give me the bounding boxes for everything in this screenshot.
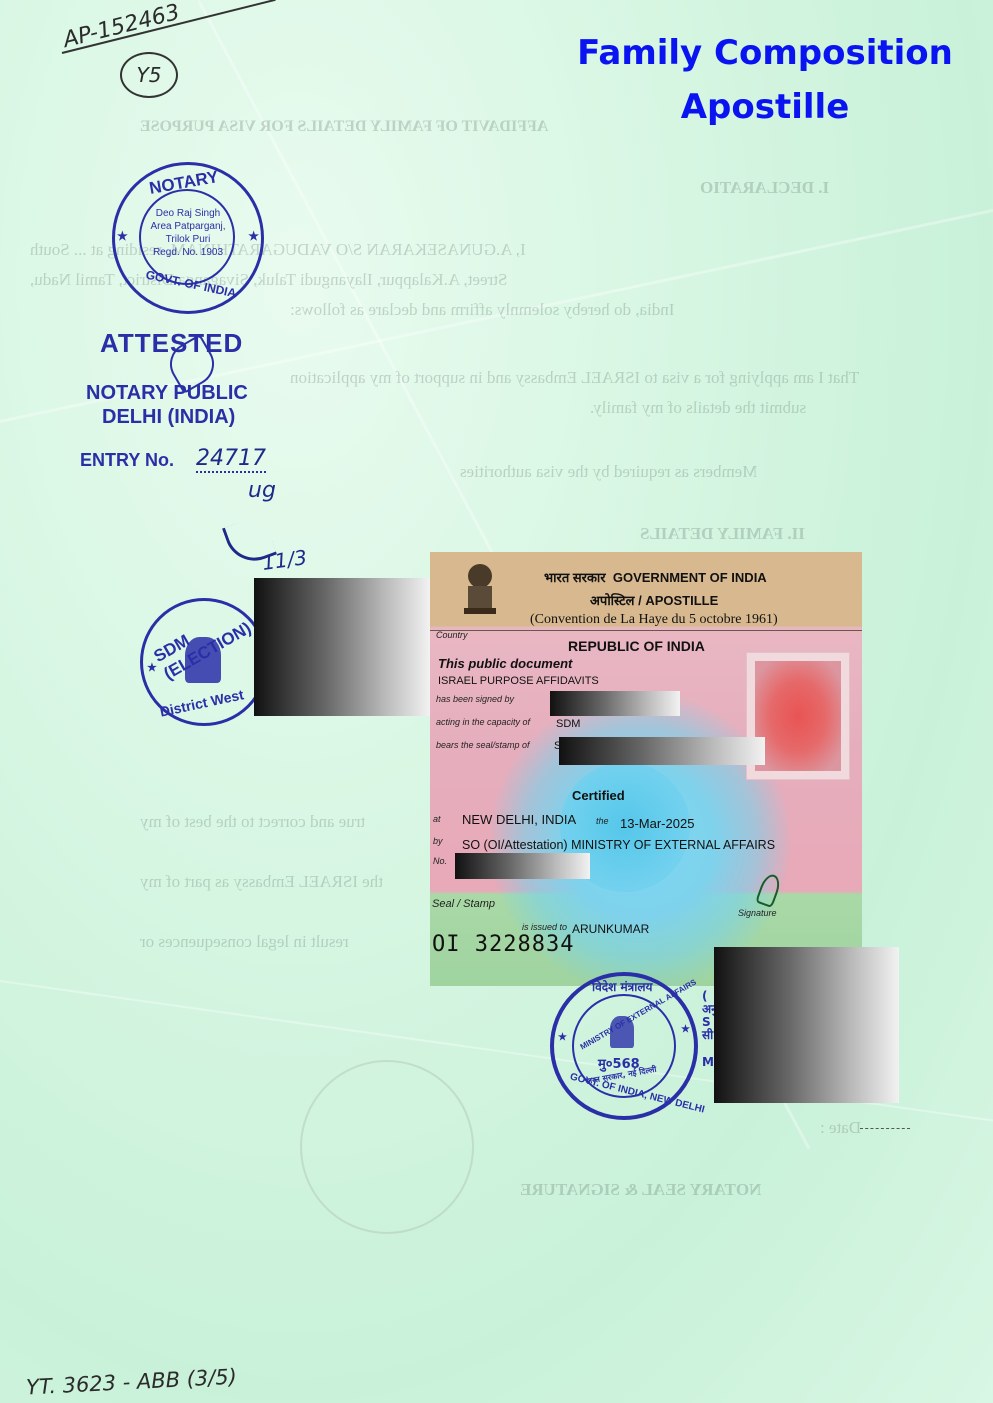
overlay-title: Family Composition Apostille [560,26,970,134]
national-emblem-icon [185,637,221,683]
ghost-date-label: Date : [820,1118,861,1138]
at-label: at [433,814,441,824]
the-label: the [596,816,609,826]
no-label: No. [433,856,447,866]
entry-no-value: 24717 [196,446,266,473]
attested-notary-public: NOTARY PUBLIC [86,382,248,405]
notary-stamp: NOTARY Deo Raj Singh Area Patparganj, Tr… [112,162,264,314]
capacity-value: SDM [556,718,580,730]
overlay-title-line1: Family Composition [560,26,970,80]
redacted-certificate-number [455,853,590,879]
government-text: GOVERNMENT OF INDIA [613,570,767,585]
notary-place: Trilok Puri [145,233,231,246]
apostille-date: 13-Mar-2025 [620,816,694,831]
notary-name: Deo Raj Singh [145,207,231,220]
capacity-label: acting in the capacity of [436,717,530,727]
public-document-label: This public document [438,656,572,671]
apostille-text: APOSTILLE [645,593,718,608]
ghost-section2: II. FAMILY DETAILS [640,524,805,544]
ghost-line-embassy: the ISRAEL Embassy as part of my [140,872,383,892]
seal-stamp-label: Seal / Stamp [432,898,495,910]
seal-label: bears the seal/stamp of [436,740,530,750]
document-type: ISRAEL PURPOSE AFFIDAVITS [438,675,599,687]
star-icon: ★ [681,1024,690,1035]
ghost-para1-line1: I, A.GUNASEKARAN S/O VADUGARATHINAM, res… [30,240,526,260]
ghost-para2-line2: submit the details of my family. [590,398,806,418]
handwritten-signature-date: 11/3 [261,545,309,575]
handwritten-circled-note: Y5 [120,52,178,98]
ghost-line-true: true and correct to the best of my [140,812,365,832]
apostille-header: भारत सरकार GOVERNMENT OF INDIA अपोस्टिल … [430,552,862,631]
ghost-para1-line3: India, do hereby solemnly affirm and dec… [290,300,674,320]
ghost-section1: I. DECLARATIO [700,178,829,198]
national-emblem-icon [460,562,500,622]
mea-hindi-top: विदेश मंत्रालय [592,978,653,995]
certified-label: Certified [572,788,625,803]
date-line [860,1128,910,1129]
sdm-stamp-bottom-text: District West [158,686,245,719]
by-label: by [433,836,443,846]
ghost-heading: AFFIDAVIT OF FAMILY DETAILS FOR VISA PUR… [140,118,548,136]
notary-stamp-details: Deo Raj Singh Area Patparganj, Trilok Pu… [145,207,231,259]
ghost-line-legal: result in legal consequences or [140,932,349,952]
issued-to-label: is issued to [522,922,567,932]
attested-delhi: DELHI (INDIA) [102,406,235,429]
mea-stamp: विदेश मंत्रालय MINISTRY OF EXTERNAL AFFA… [550,972,698,1120]
hindi-government-text: भारत सरकार [544,570,606,585]
sdm-election-stamp: SDM (ELECTION) ★ District West [140,598,268,726]
apostille-title-line: अपोस्टिल / APOSTILLE [590,591,718,609]
star-icon: ★ [558,1032,567,1043]
entry-no-label: ENTRY No. [80,450,174,471]
redacted-signer-name [550,691,680,716]
apostille-serial-number: OI 3228834 [432,932,574,957]
handwritten-bottom-reference: YT. 3623 - ABB (3/5) [26,1364,238,1399]
redacted-area [254,578,430,716]
notary-area: Area Patparganj, [145,220,231,233]
ghost-para1-line2: Street, A.Kalappur, Ilayangudi Taluk, Si… [30,270,507,290]
ghost-para2-line1: That I am applying for a visa to ISRAEL … [290,368,859,388]
at-value: NEW DELHI, INDIA [462,812,576,827]
star-icon: ★ [147,661,157,674]
redacted-seal-name [559,737,765,765]
ghost-notary-signature: NOTARY SEAL & SIGNATURE [520,1180,761,1200]
signed-by-label: has been signed by [436,694,514,704]
country-value: REPUBLIC OF INDIA [568,638,705,654]
issued-to-value: ARUNKUMAR [572,922,649,936]
by-value: SO (OI/Attestation) MINISTRY OF EXTERNAL… [462,838,775,852]
apostille-certificate: भारत सरकार GOVERNMENT OF INDIA अपोस्टिल … [430,552,862,986]
signature-label: Signature [738,908,777,918]
apostille-gov-line: भारत सरकार GOVERNMENT OF INDIA [544,568,767,586]
convention-text: (Convention de La Haye du 5 octobre 1961… [530,612,778,628]
star-icon: ★ [117,229,128,243]
star-icon: ★ [248,229,259,243]
handwritten-initials: ug [248,478,276,503]
overlay-title-line2: Apostille [560,80,970,134]
country-label: Country [436,630,468,640]
ghost-stamp [300,1060,474,1234]
ghost-para3: Members as required by the visa authorit… [460,462,757,482]
notary-regd: Regd. No. 1903 [145,246,231,259]
hindi-apostille-text: अपोस्टिल [590,593,634,608]
national-emblem-icon [610,1016,634,1048]
redacted-officer-stamp [714,947,899,1103]
